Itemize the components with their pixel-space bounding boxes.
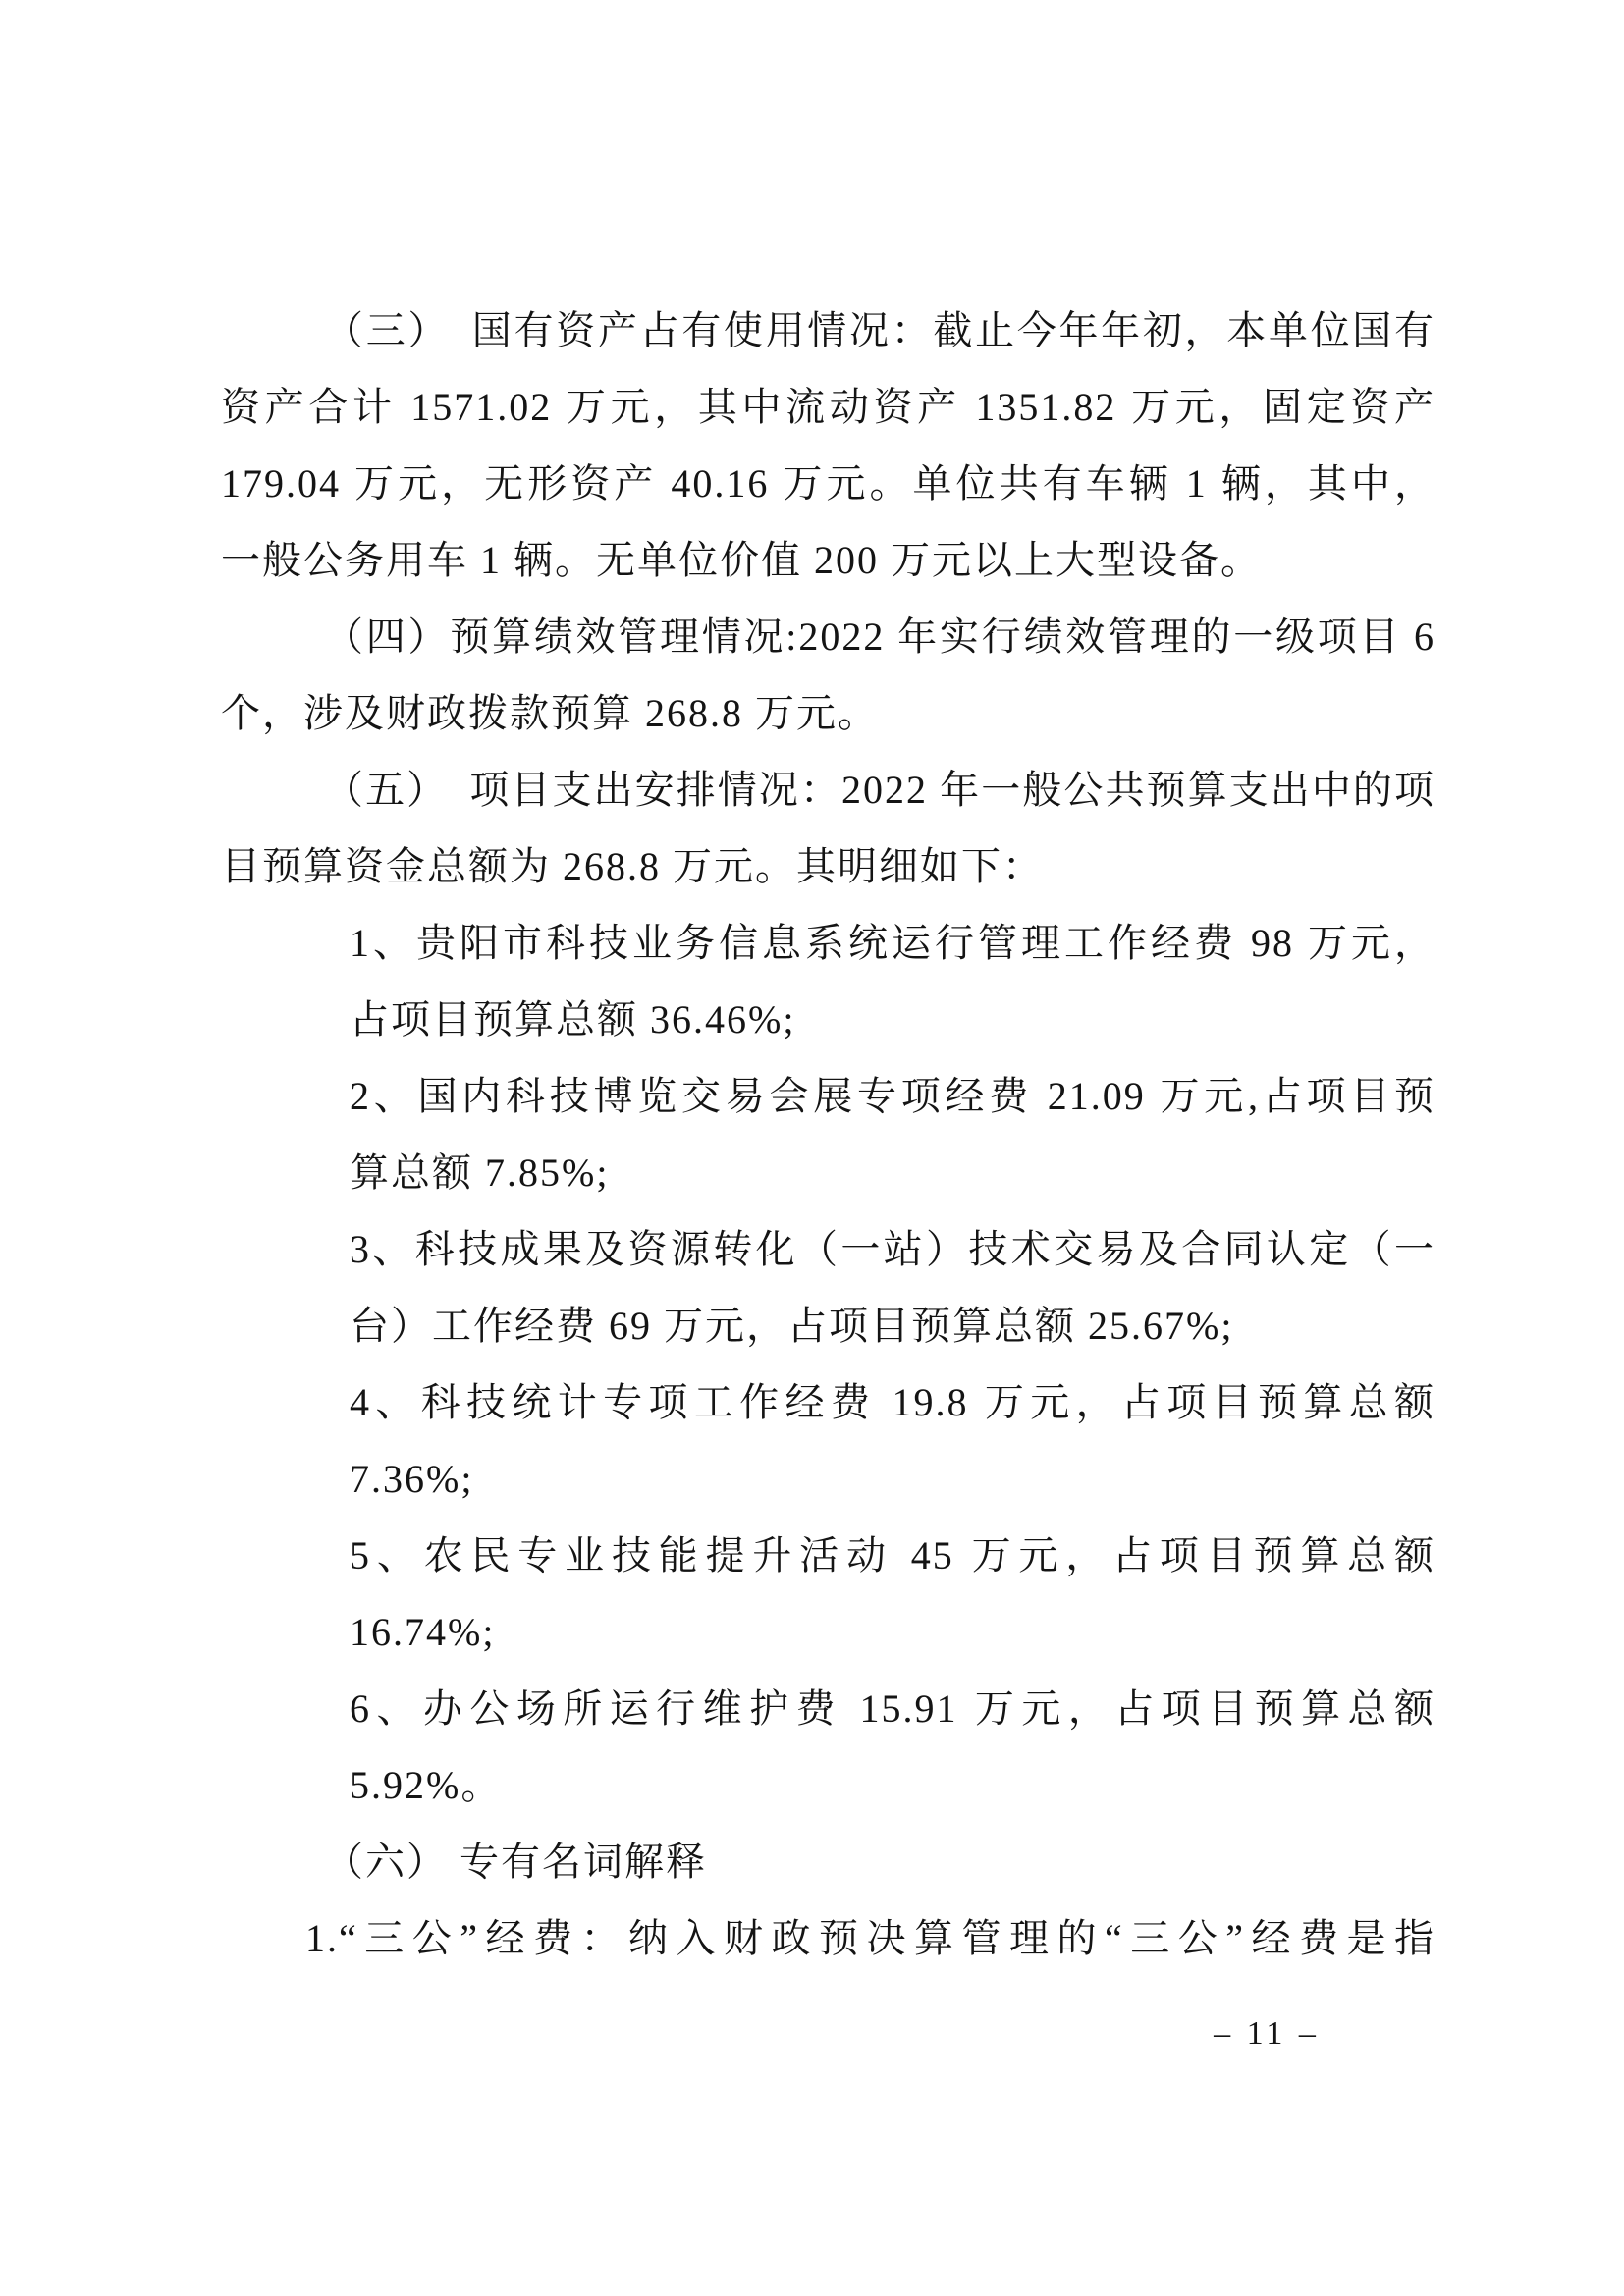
text-line: 占项目预算总额 36.46%; bbox=[221, 982, 1435, 1058]
text-line: 一般公务用车 1 辆。无单位价值 200 万元以上大型设备。 bbox=[221, 522, 1435, 599]
document-page: （三） 国有资产占有使用情况：截止今年年初，本单位国有资产合计 1571.02 … bbox=[0, 0, 1624, 2296]
page-number: – 11 – bbox=[1159, 2004, 1375, 2063]
text-line: 资产合计 1571.02 万元，其中流动资产 1351.82 万元，固定资产 bbox=[221, 369, 1435, 446]
text-line: 5、农民专业技能提升活动 45 万元，占项目预算总额 bbox=[221, 1518, 1435, 1594]
text-line: 个，涉及财政拨款预算 268.8 万元。 bbox=[221, 675, 1435, 752]
text-line: 1.“三公”经费：纳入财政预决算管理的“三公”经费是指 bbox=[221, 1900, 1435, 1977]
text-line: 16.74%; bbox=[221, 1594, 1435, 1671]
text-line: 179.04 万元，无形资产 40.16 万元。单位共有车辆 1 辆，其中， bbox=[221, 446, 1435, 522]
text-line: 2、国内科技博览交易会展专项经费 21.09 万元,占项目预 bbox=[221, 1058, 1435, 1135]
text-line: 4、科技统计专项工作经费 19.8 万元，占项目预算总额 bbox=[221, 1364, 1435, 1441]
text-line: 3、科技成果及资源转化（一站）技术交易及合同认定（一 bbox=[221, 1211, 1435, 1288]
document-body: （三） 国有资产占有使用情况：截止今年年初，本单位国有资产合计 1571.02 … bbox=[221, 293, 1435, 1977]
text-line: （四）预算绩效管理情况:2022 年实行绩效管理的一级项目 6 bbox=[221, 599, 1435, 675]
text-line: 7.36%; bbox=[221, 1441, 1435, 1518]
text-line: 1、贵阳市科技业务信息系统运行管理工作经费 98 万元， bbox=[221, 905, 1435, 982]
text-line: （六） 专有名词解释 bbox=[221, 1824, 1435, 1900]
text-line: 6、办公场所运行维护费 15.91 万元，占项目预算总额 bbox=[221, 1671, 1435, 1747]
text-line: （五） 项目支出安排情况：2022 年一般公共预算支出中的项 bbox=[221, 752, 1435, 828]
text-line: 5.92%。 bbox=[221, 1747, 1435, 1824]
text-line: 台）工作经费 69 万元，占项目预算总额 25.67%; bbox=[221, 1288, 1435, 1364]
text-line: （三） 国有资产占有使用情况：截止今年年初，本单位国有 bbox=[221, 293, 1435, 369]
text-line: 算总额 7.85%; bbox=[221, 1135, 1435, 1211]
text-line: 目预算资金总额为 268.8 万元。其明细如下： bbox=[221, 828, 1435, 905]
